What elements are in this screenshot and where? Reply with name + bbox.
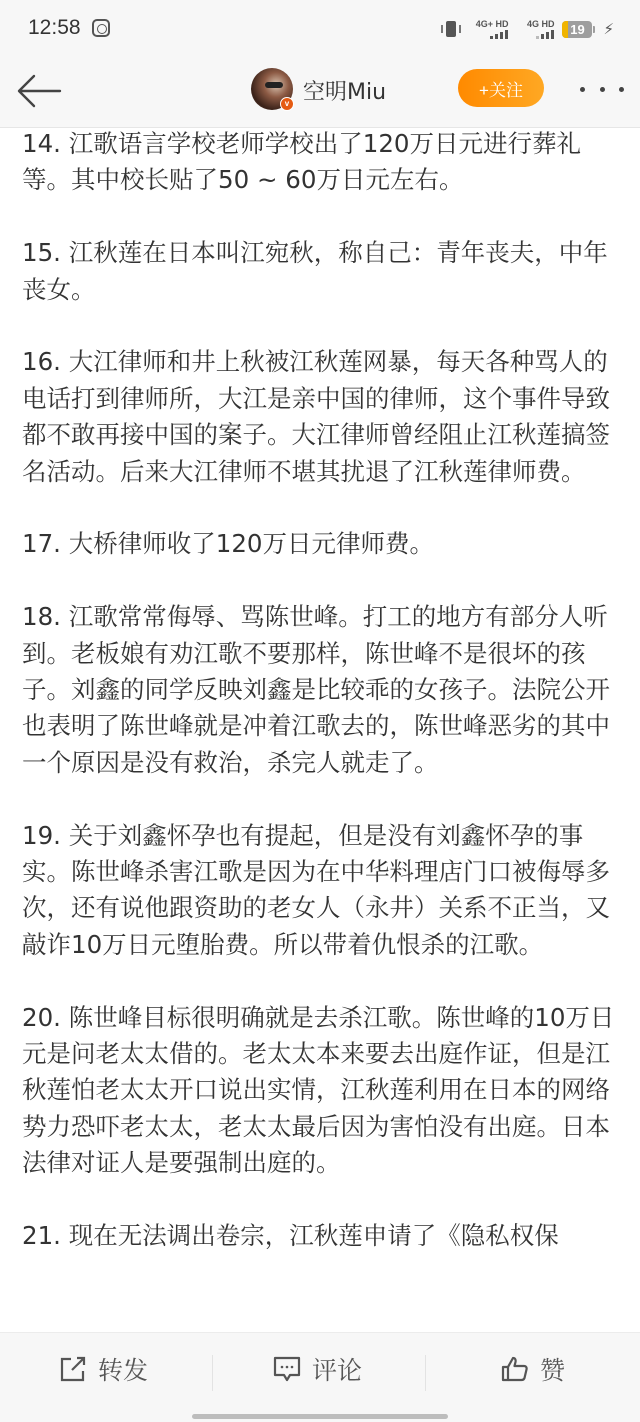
like-label: 赞 <box>540 1351 565 1387</box>
repost-button[interactable]: 转发 <box>58 1347 148 1391</box>
like-button[interactable]: 赞 <box>500 1347 565 1391</box>
back-arrow-icon <box>12 70 66 112</box>
status-icons: 4G+ HD 4G HD 19 ⚡ <box>440 14 614 44</box>
user-name[interactable]: 空明Miu <box>303 75 386 106</box>
divider <box>212 1355 213 1391</box>
divider <box>425 1355 426 1391</box>
weibo-post-screen: 12:58 4G+ HD 4G HD 19 ⚡ <box>0 0 640 1422</box>
post-content[interactable]: 14. 江歌语言学校老师学校出了120万日元进行葬礼等。其中校长贴了50 ~ 6… <box>0 128 640 1340</box>
battery-icon: 19 <box>562 21 592 38</box>
more-options-button[interactable] <box>580 78 624 100</box>
post-paragraph-17: 17. 大桥律师收了120万日元律师费。 <box>22 526 618 562</box>
screen-record-icon <box>92 19 110 37</box>
repost-label: 转发 <box>98 1351 148 1387</box>
vibrate-icon <box>440 21 462 37</box>
comment-button[interactable]: 评论 <box>272 1347 362 1391</box>
repost-icon <box>58 1355 88 1383</box>
comment-label: 评论 <box>312 1351 362 1387</box>
post-header: v 空明Miu +关注 <box>0 56 640 128</box>
verified-badge-icon: v <box>280 97 294 111</box>
home-indicator[interactable] <box>192 1414 448 1419</box>
comment-icon <box>272 1355 302 1383</box>
back-button[interactable] <box>12 70 66 112</box>
post-paragraph-19: 19. 关于刘鑫怀孕也有提起，但是没有刘鑫怀孕的事实。陈世峰杀害江歌是因为在中华… <box>22 818 618 964</box>
more-dot-icon <box>619 87 624 92</box>
post-paragraph-18: 18. 江歌常常侮辱、骂陈世峰。打工的地方有部分人听到。老板娘有劝江歌不要那样，… <box>22 599 618 781</box>
post-paragraph-16: 16. 大江律师和井上秋被江秋莲网暴，每天各种骂人的电话打到律师所，大江是亲中国… <box>22 344 618 490</box>
more-dot-icon <box>600 87 605 92</box>
status-bar: 12:58 4G+ HD 4G HD 19 ⚡ <box>0 0 640 56</box>
avatar[interactable]: v <box>251 68 293 110</box>
post-paragraph-21: 21. 现在无法调出卷宗，江秋莲申请了《隐私权保 <box>22 1218 618 1254</box>
follow-button[interactable]: +关注 <box>458 69 544 107</box>
status-time: 12:58 <box>28 16 81 40</box>
signal-icon-sim2: 4G HD <box>516 19 554 39</box>
post-paragraph-20: 20. 陈世峰目标很明确就是去杀江歌。陈世峰的10万日元是问老太太借的。老太太本… <box>22 1000 618 1182</box>
thumbs-up-icon <box>500 1355 530 1383</box>
post-paragraph-14: 14. 江歌语言学校老师学校出了120万日元进行葬礼等。其中校长贴了50 ~ 6… <box>22 128 618 199</box>
battery-cap <box>593 26 595 33</box>
charging-icon: ⚡ <box>603 20 614 38</box>
post-paragraph-15: 15. 江秋莲在日本叫江宛秋，称自己：青年丧夫，中年丧女。 <box>22 235 618 308</box>
signal-icon-sim1: 4G+ HD <box>470 19 508 39</box>
bottom-action-bar: 转发 评论 赞 <box>0 1332 640 1422</box>
more-dot-icon <box>580 87 585 92</box>
